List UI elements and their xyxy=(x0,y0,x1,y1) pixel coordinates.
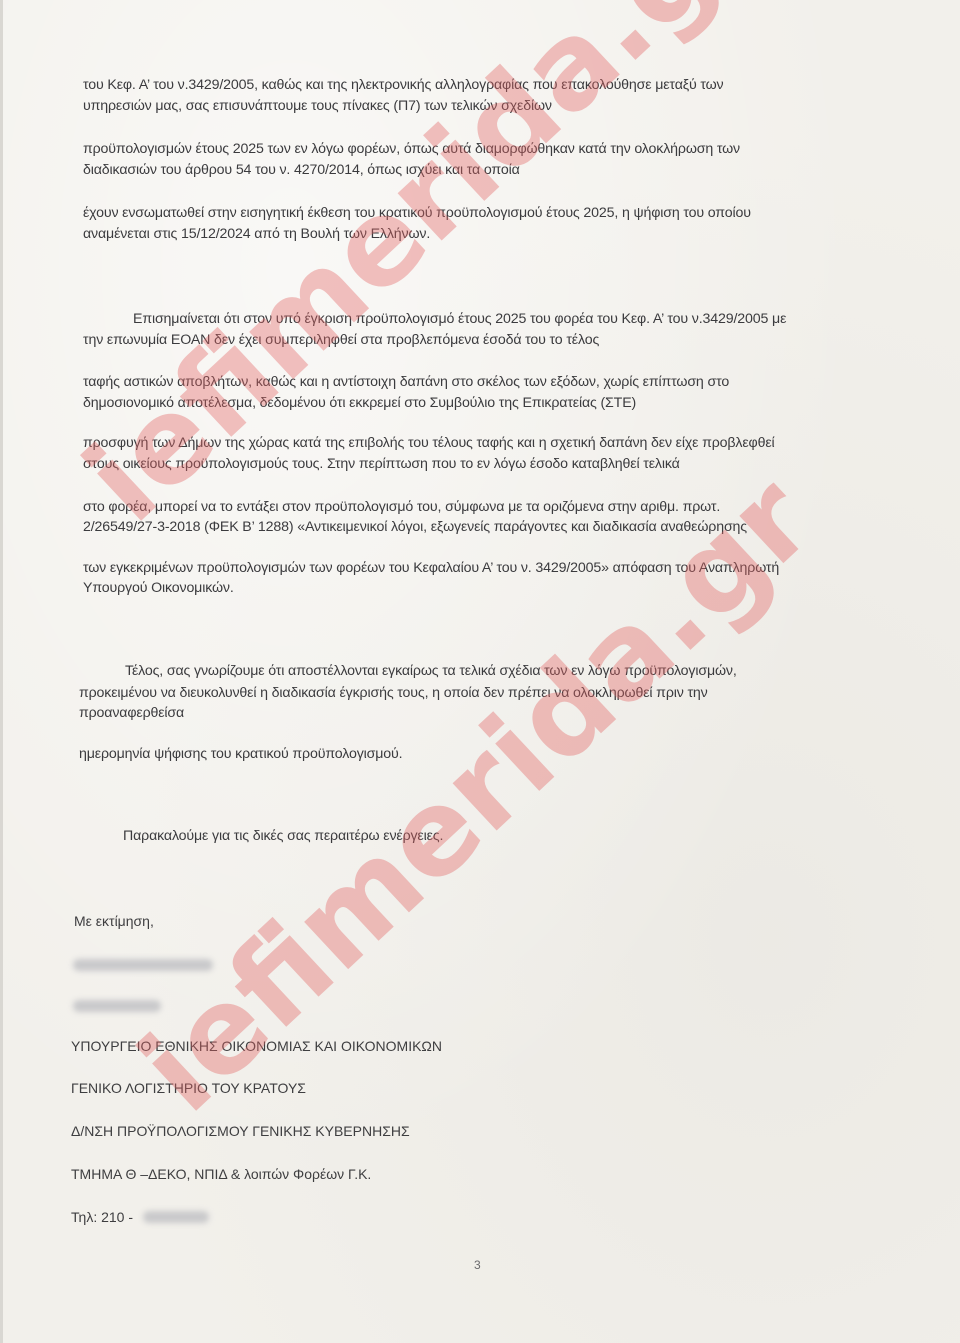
paragraph-2-line-6: στους οικείους προϋπολογισμούς τους. Στη… xyxy=(83,454,680,474)
redacted-signatory-name xyxy=(73,959,213,971)
paragraph-2-line-9: των εγκεκριμένων προϋπολογισμών των φορέ… xyxy=(83,558,779,578)
paragraph-3-line-3: προαναφερθείσα xyxy=(79,703,184,723)
paragraph-1-line-6: αναμένεται στις 15/12/2024 από τη Βουλή … xyxy=(83,224,430,244)
paragraph-2-line-5: προσφυγή των Δήμων της χώρας κατά της επ… xyxy=(83,433,775,453)
paragraph-1-line-5: έχουν ενσωματωθεί στην εισηγητική έκθεση… xyxy=(83,203,751,223)
paragraph-2-line-7: στο φορέα, μπορεί να το εντάξει στον προ… xyxy=(83,497,720,517)
signature-department: ΤΜΗΜΑ Θ –ΔΕΚΟ, ΝΠΙΔ & λοιπών Φορέων Γ.Κ. xyxy=(71,1164,371,1184)
paragraph-2-line-10: Υπουργού Οικονομικών. xyxy=(83,578,234,598)
document-page: του Κεφ. Α’ του ν.3429/2005, καθώς και τ… xyxy=(0,0,960,1343)
paragraph-2-line-3: ταφής αστικών αποβλήτων, καθώς και η αντ… xyxy=(83,372,729,392)
paragraph-4-line-1: Παρακαλούμε για τις δικές σας περαιτέρω … xyxy=(123,826,443,846)
closing-text: Με εκτίμηση, xyxy=(74,911,154,931)
paragraph-3-line-2: προκειμένου να διευκολυνθεί η διαδικασία… xyxy=(79,683,708,703)
paragraph-1-line-4: διαδικασιών του άρθρου 54 του ν. 4270/20… xyxy=(83,160,520,180)
paragraph-2-line-8: 2/26549/27-3-2018 (ΦΕΚ Β’ 1288) «Αντικει… xyxy=(83,517,747,537)
paragraph-2-line-4: δημοσιονομικό αποτέλεσμα, δεδομένου ότι … xyxy=(83,393,636,413)
paragraph-1-line-1: του Κεφ. Α’ του ν.3429/2005, καθώς και τ… xyxy=(83,75,723,95)
watermark-bottom: iefimerida.gr xyxy=(114,450,838,1138)
paragraph-1-line-2: υπηρεσιών μας, σας επισυνάπτουμε τους πί… xyxy=(83,96,552,116)
paragraph-3-line-1: Τέλος, σας γνωρίζουμε ότι αποστέλλονται … xyxy=(125,661,737,681)
paragraph-2-line-1: Επισημαίνεται ότι στον υπό έγκριση προϋπ… xyxy=(133,309,786,329)
signature-directorate: Δ/ΝΣΗ ΠΡΟΫΠΟΛΟΓΙΣΜΟΥ ΓΕΝΙΚΗΣ ΚΥΒΕΡΝΗΣΗΣ xyxy=(71,1121,410,1141)
redacted-signatory-title xyxy=(73,1000,161,1012)
signature-ministry: ΥΠΟΥΡΓΕΙΟ ΕΘΝΙΚΗΣ ΟΙΚΟΝΟΜΙΑΣ ΚΑΙ ΟΙΚΟΝΟΜ… xyxy=(71,1036,442,1056)
page-number: 3 xyxy=(474,1258,481,1272)
redacted-phone-number xyxy=(143,1211,209,1223)
paragraph-1-line-3: προϋπολογισμών έτους 2025 των εν λόγω φο… xyxy=(83,139,740,159)
paragraph-2-line-2: την επωνυμία ΕΟΑΝ δεν έχει συμπεριληφθεί… xyxy=(83,330,599,350)
phone-label: Τηλ: 210 - xyxy=(71,1207,133,1227)
paragraph-3-line-4: ημερομηνία ψήφισης του κρατικού προϋπολο… xyxy=(79,744,402,764)
signature-general-accounting-office: ΓΕΝΙΚΟ ΛΟΓΙΣΤΗΡΙΟ ΤΟΥ ΚΡΑΤΟΥΣ xyxy=(71,1078,306,1098)
